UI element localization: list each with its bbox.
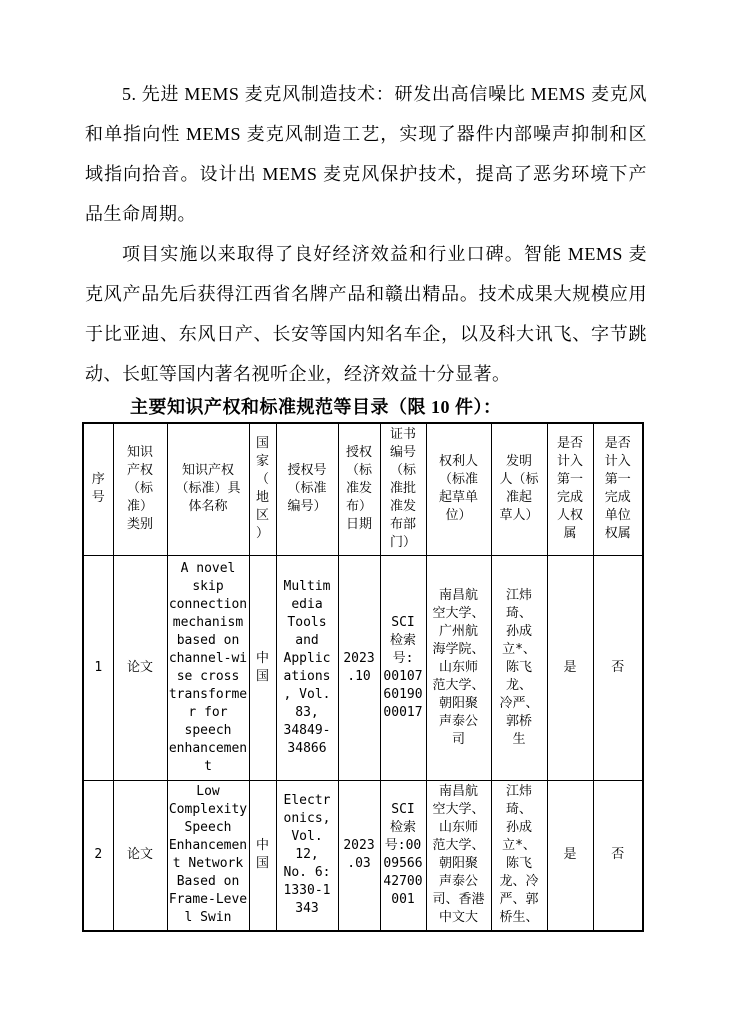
cell-name: Low Complexity Speech Enhancemen t Netwo…: [167, 780, 249, 931]
col-header-seq: 序 号: [83, 423, 113, 555]
cell-category: 论文: [113, 780, 167, 931]
col-header-first-person: 是否 计入 第一 完成 人权 属: [547, 423, 593, 555]
col-header-inventor: 发明 人（标 准起 草人）: [491, 423, 547, 555]
document-page: 5. 先进 MEMS 麦克风制造技术：研发出高信噪比 MEMS 麦克风和单指向性…: [0, 0, 730, 1032]
cell-first-unit: 否: [593, 780, 643, 931]
cell-cert: SCI 检索 号: 00107 60190 00017: [380, 555, 426, 780]
col-header-first-unit: 是否 计入 第一 完成 单位 权属: [593, 423, 643, 555]
cell-name: A novel skip connection mechanism based …: [167, 555, 249, 780]
col-header-date: 授权 （标 准发 布） 日期: [338, 423, 380, 555]
paragraph-mems-manufacturing-tech: 5. 先进 MEMS 麦克风制造技术：研发出高信噪比 MEMS 麦克风和单指向性…: [85, 74, 647, 234]
cell-owner: 南昌航 空大学、 山东师 范大学、 朝阳聚 声泰公 司、香港 中文大: [426, 780, 491, 931]
cell-country: 中 国: [249, 780, 276, 931]
col-header-owner: 权利人 （标准 起草单 位）: [426, 423, 491, 555]
table-header-row: 序 号 知识 产权 （标 准） 类别 知识产权 （标准）具 体名称 国 家 （ …: [83, 423, 643, 555]
cell-category: 论文: [113, 555, 167, 780]
cell-cert: SCI 检索 号:00 09566 42700 001: [380, 780, 426, 931]
cell-inventor: 江炜 琦、 孙成 立*、 陈飞 龙、冷 严、郭 桥生、: [491, 780, 547, 931]
cell-country: 中 国: [249, 555, 276, 780]
ip-and-standards-table: 序 号 知识 产权 （标 准） 类别 知识产权 （标准）具 体名称 国 家 （ …: [82, 422, 644, 932]
col-header-name: 知识产权 （标准）具 体名称: [167, 423, 249, 555]
cell-owner: 南昌航 空大学、 广州航 海学院、 山东师 范大学、 朝阳聚 声泰公 司: [426, 555, 491, 780]
cell-first-person: 是: [547, 780, 593, 931]
ip-table-heading: 主要知识产权和标准规范等目录（限 10 件）：: [85, 394, 730, 420]
cell-inventor: 江炜 琦、 孙成 立*、 陈飞 龙、 冷严、 郭桥 生: [491, 555, 547, 780]
table-row: 1 论文 A novel skip connection mechanism b…: [83, 555, 643, 780]
col-header-category: 知识 产权 （标 准） 类别: [113, 423, 167, 555]
cell-number: Multim edia Tools and Applic ations , Vo…: [276, 555, 338, 780]
paragraph-economic-benefits: 项目实施以来取得了良好经济效益和行业口碑。智能 MEMS 麦克风产品先后获得江西…: [85, 234, 647, 394]
cell-date: 2023 .03: [338, 780, 380, 931]
col-header-cert: 证书 编号 （标 准批 准发 布部 门）: [380, 423, 426, 555]
cell-first-unit: 否: [593, 555, 643, 780]
table-row: 2 论文 Low Complexity Speech Enhancemen t …: [83, 780, 643, 931]
cell-seq: 1: [83, 555, 113, 780]
document-content: 5. 先进 MEMS 麦克风制造技术：研发出高信噪比 MEMS 麦克风和单指向性…: [0, 0, 730, 932]
cell-seq: 2: [83, 780, 113, 931]
cell-number: Electr onics, Vol. 12, No. 6: 1330-1 343: [276, 780, 338, 931]
col-header-number: 授权号 （标准 编号）: [276, 423, 338, 555]
cell-date: 2023 .10: [338, 555, 380, 780]
col-header-country: 国 家 （ 地 区 ）: [249, 423, 276, 555]
cell-first-person: 是: [547, 555, 593, 780]
